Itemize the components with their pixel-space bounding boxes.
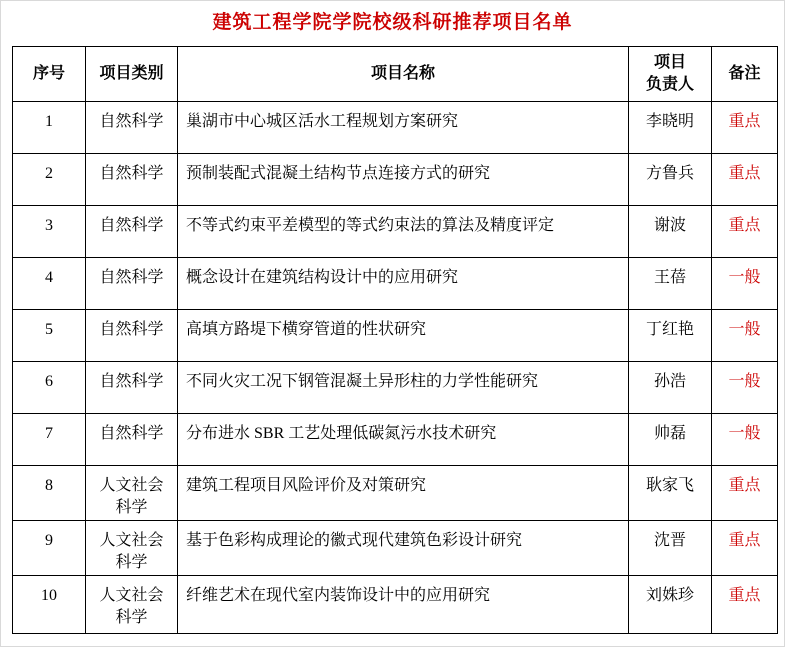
cell-leader: 刘姝珍	[629, 576, 712, 634]
cell-category: 自然科学	[86, 206, 178, 258]
cell-leader: 耿家飞	[629, 466, 712, 521]
cell-no: 9	[13, 521, 86, 576]
cell-leader: 谢波	[629, 206, 712, 258]
cell-remark: 重点	[712, 521, 778, 576]
cell-name: 预制装配式混凝土结构节点连接方式的研究	[178, 154, 629, 206]
cell-no: 1	[13, 102, 86, 154]
cell-name: 建筑工程项目风险评价及对策研究	[178, 466, 629, 521]
cell-category: 人文社会 科学	[86, 576, 178, 634]
cell-category: 自然科学	[86, 310, 178, 362]
cell-name: 概念设计在建筑结构设计中的应用研究	[178, 258, 629, 310]
cell-leader: 孙浩	[629, 362, 712, 414]
table-row: 7 自然科学 分布进水 SBR 工艺处理低碳氮污水技术研究 帅磊 一般	[13, 414, 778, 466]
cell-name: 纤维艺术在现代室内装饰设计中的应用研究	[178, 576, 629, 634]
header-name: 项目名称	[178, 47, 629, 102]
cell-no: 5	[13, 310, 86, 362]
cell-leader: 李晓明	[629, 102, 712, 154]
cell-remark: 重点	[712, 576, 778, 634]
header-no: 序号	[13, 47, 86, 102]
header-leader: 项目 负责人	[629, 47, 712, 102]
table-row: 5 自然科学 高填方路堤下横穿管道的性状研究 丁红艳 一般	[13, 310, 778, 362]
cell-category: 自然科学	[86, 102, 178, 154]
cell-remark: 重点	[712, 206, 778, 258]
cell-no: 2	[13, 154, 86, 206]
cell-category: 自然科学	[86, 258, 178, 310]
table-row: 9 人文社会 科学 基于色彩构成理论的徽式现代建筑色彩设计研究 沈晋 重点	[13, 521, 778, 576]
cell-remark: 一般	[712, 310, 778, 362]
cell-name: 高填方路堤下横穿管道的性状研究	[178, 310, 629, 362]
cell-category: 人文社会 科学	[86, 466, 178, 521]
cell-name: 巢湖市中心城区活水工程规划方案研究	[178, 102, 629, 154]
cell-leader: 王蓓	[629, 258, 712, 310]
cell-no: 3	[13, 206, 86, 258]
cell-leader: 沈晋	[629, 521, 712, 576]
projects-table: 序号 项目类别 项目名称 项目 负责人 备注 1 自然科学 巢湖市中心城区活水工…	[12, 46, 778, 634]
cell-category: 人文社会 科学	[86, 521, 178, 576]
cell-name: 不同火灾工况下钢管混凝土异形柱的力学性能研究	[178, 362, 629, 414]
cell-leader: 帅磊	[629, 414, 712, 466]
table-row: 1 自然科学 巢湖市中心城区活水工程规划方案研究 李晓明 重点	[13, 102, 778, 154]
cell-category: 自然科学	[86, 414, 178, 466]
cell-remark: 一般	[712, 258, 778, 310]
cell-remark: 重点	[712, 466, 778, 521]
table-row: 2 自然科学 预制装配式混凝土结构节点连接方式的研究 方鲁兵 重点	[13, 154, 778, 206]
cell-category: 自然科学	[86, 154, 178, 206]
cell-no: 10	[13, 576, 86, 634]
cell-no: 7	[13, 414, 86, 466]
cell-remark: 重点	[712, 154, 778, 206]
table-row: 3 自然科学 不等式约束平差模型的等式约束法的算法及精度评定 谢波 重点	[13, 206, 778, 258]
cell-remark: 一般	[712, 362, 778, 414]
table-row: 6 自然科学 不同火灾工况下钢管混凝土异形柱的力学性能研究 孙浩 一般	[13, 362, 778, 414]
table-row: 8 人文社会 科学 建筑工程项目风险评价及对策研究 耿家飞 重点	[13, 466, 778, 521]
page-title: 建筑工程学院学院校级科研推荐项目名单	[1, 1, 784, 34]
cell-leader: 方鲁兵	[629, 154, 712, 206]
table-row: 4 自然科学 概念设计在建筑结构设计中的应用研究 王蓓 一般	[13, 258, 778, 310]
table-row: 10 人文社会 科学 纤维艺术在现代室内装饰设计中的应用研究 刘姝珍 重点	[13, 576, 778, 634]
cell-remark: 一般	[712, 414, 778, 466]
cell-no: 4	[13, 258, 86, 310]
cell-leader: 丁红艳	[629, 310, 712, 362]
cell-remark: 重点	[712, 102, 778, 154]
cell-name: 基于色彩构成理论的徽式现代建筑色彩设计研究	[178, 521, 629, 576]
cell-name: 不等式约束平差模型的等式约束法的算法及精度评定	[178, 206, 629, 258]
cell-no: 6	[13, 362, 86, 414]
cell-category: 自然科学	[86, 362, 178, 414]
cell-name: 分布进水 SBR 工艺处理低碳氮污水技术研究	[178, 414, 629, 466]
table-header-row: 序号 项目类别 项目名称 项目 负责人 备注	[13, 47, 778, 102]
cell-no: 8	[13, 466, 86, 521]
header-category: 项目类别	[86, 47, 178, 102]
header-remark: 备注	[712, 47, 778, 102]
document-page: 建筑工程学院学院校级科研推荐项目名单 序号 项目类别 项目名称 项目 负责人 备…	[0, 0, 785, 647]
